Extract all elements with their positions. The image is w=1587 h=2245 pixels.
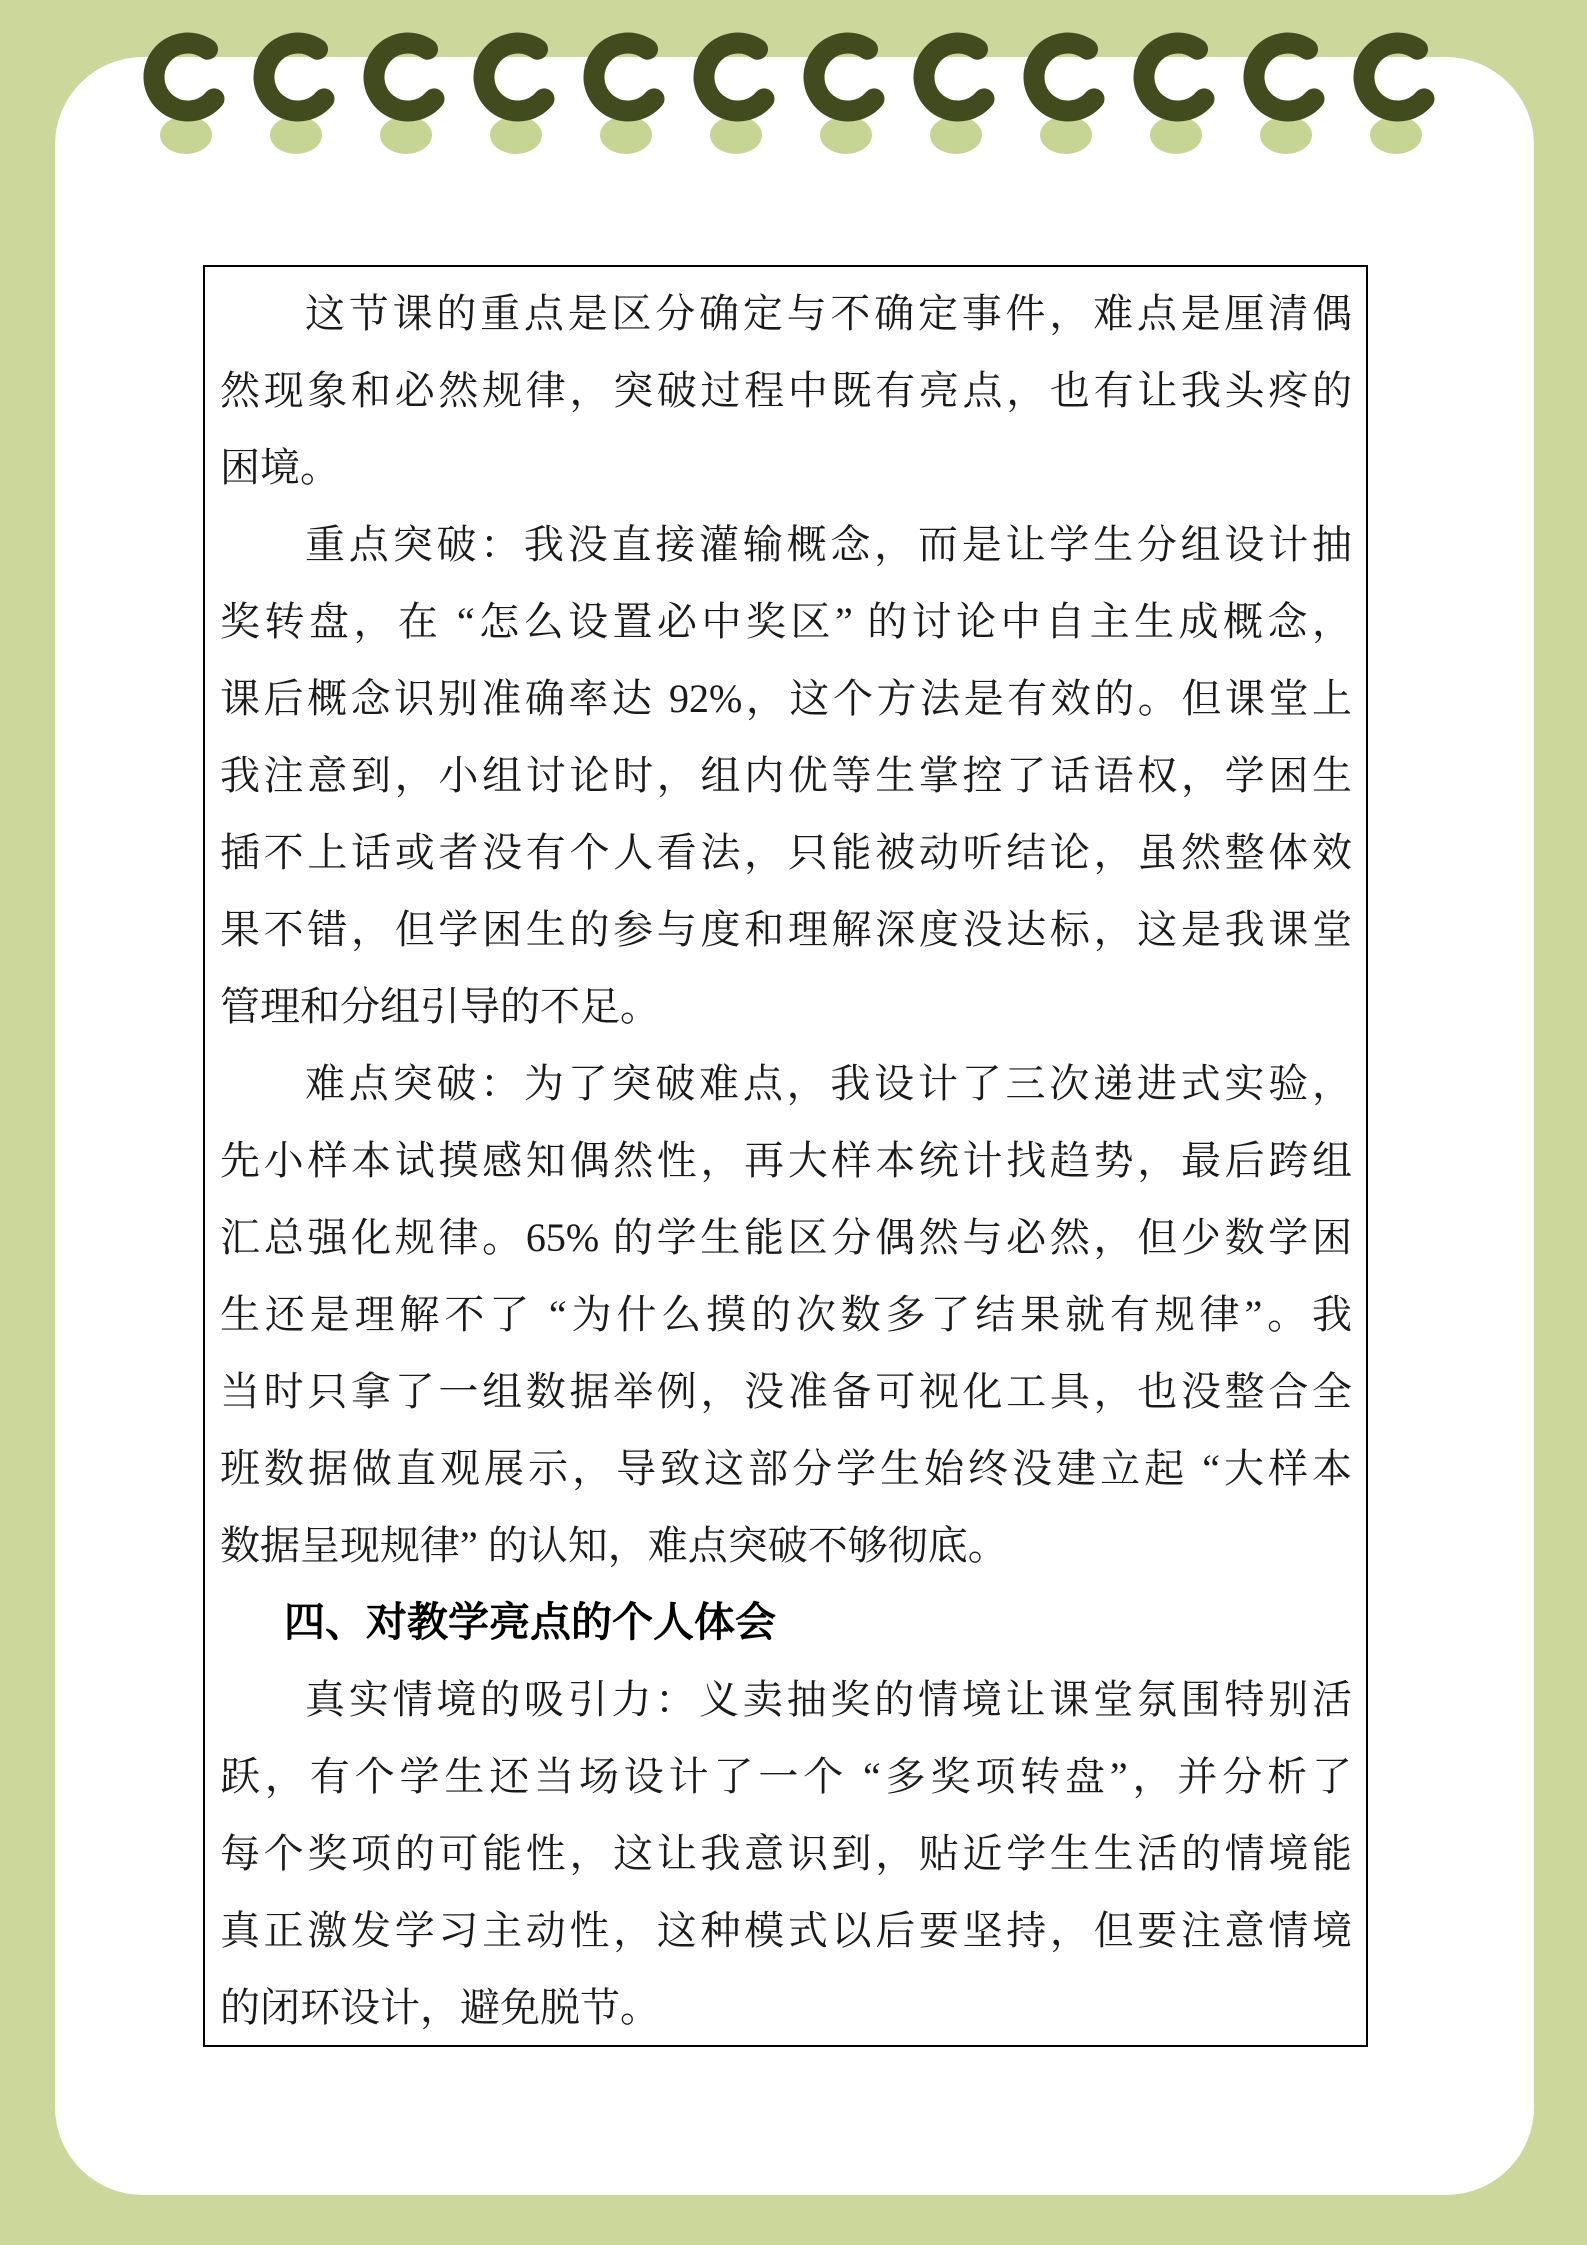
spiral-ring-icon [142,31,234,123]
spiral-ring-icon [1242,31,1334,123]
spiral-ring-icon [252,31,344,123]
text-line: 汇总强化规律。65% 的学生能区分偶然与必然，但少数学困 [220,1199,1352,1276]
text-line: 插不上话或者没有个人看法，只能被动听结论，虽然整体效 [220,814,1352,891]
text-line: 生还是理解不了 “为什么摸的次数多了结果就有规律”。我 [220,1276,1352,1353]
reflection-text-box: 这节课的重点是区分确定与不确定事件，难点是厘清偶然现象和必然规律，突破过程中既有… [203,265,1368,2047]
text-line: 困境。 [220,429,1352,506]
text-line: 然现象和必然规律，突破过程中既有亮点，也有让我头疼的 [220,352,1352,429]
spiral-ring-icon [1022,31,1114,123]
text-line: 我注意到，小组讨论时，组内优等生掌控了话语权，学困生 [220,737,1352,814]
spiral-ring-icon [912,31,1004,123]
spiral-ring-icon [582,31,674,123]
text-line: 重点突破：我没直接灌输概念，而是让学生分组设计抽 [220,506,1352,583]
text-line: 管理和分组引导的不足。 [220,968,1352,1045]
text-line: 先小样本试摸感知偶然性，再大样本统计找趋势，最后跨组 [220,1122,1352,1199]
text-line: 的闭环设计，避免脱节。 [220,1969,1352,2046]
text-line: 班数据做直观展示，导致这部分学生始终没建立起 “大样本 [220,1430,1352,1507]
text-line: 奖转盘，在 “怎么设置必中奖区” 的讨论中自主生成概念， [220,583,1352,660]
text-line: 难点突破：为了突破难点，我设计了三次递进式实验， [220,1045,1352,1122]
text-line: 跃，有个学生还当场设计了一个 “多奖项转盘”，并分析了 [220,1738,1352,1815]
spiral-ring-icon [692,31,784,123]
page-background: 这节课的重点是区分确定与不确定事件，难点是厘清偶然现象和必然规律，突破过程中既有… [0,0,1587,2245]
text-line: 这节课的重点是区分确定与不确定事件，难点是厘清偶 [220,275,1352,352]
spiral-ring-icon [1132,31,1224,123]
text-line: 真正激发学习主动性，这种模式以后要坚持，但要注意情境 [220,1892,1352,1969]
spiral-ring-icon [1352,31,1444,123]
text-line: 数据呈现规律” 的认知，难点突破不够彻底。 [220,1507,1352,1584]
section-heading: 四、对教学亮点的个人体会 [220,1584,1352,1661]
text-line: 真实情境的吸引力：义卖抽奖的情境让课堂氛围特别活 [220,1661,1352,1738]
text-line: 果不错，但学困生的参与度和理解深度没达标，这是我课堂 [220,891,1352,968]
spiral-ring-icon [802,31,894,123]
spiral-ring-icon [362,31,454,123]
text-line: 当时只拿了一组数据举例，没准备可视化工具，也没整合全 [220,1353,1352,1430]
spiral-ring-icon [472,31,564,123]
text-line: 课后概念识别准确率达 92%，这个方法是有效的。但课堂上 [220,660,1352,737]
text-line: 每个奖项的可能性，这让我意识到，贴近学生生活的情境能 [220,1815,1352,1892]
